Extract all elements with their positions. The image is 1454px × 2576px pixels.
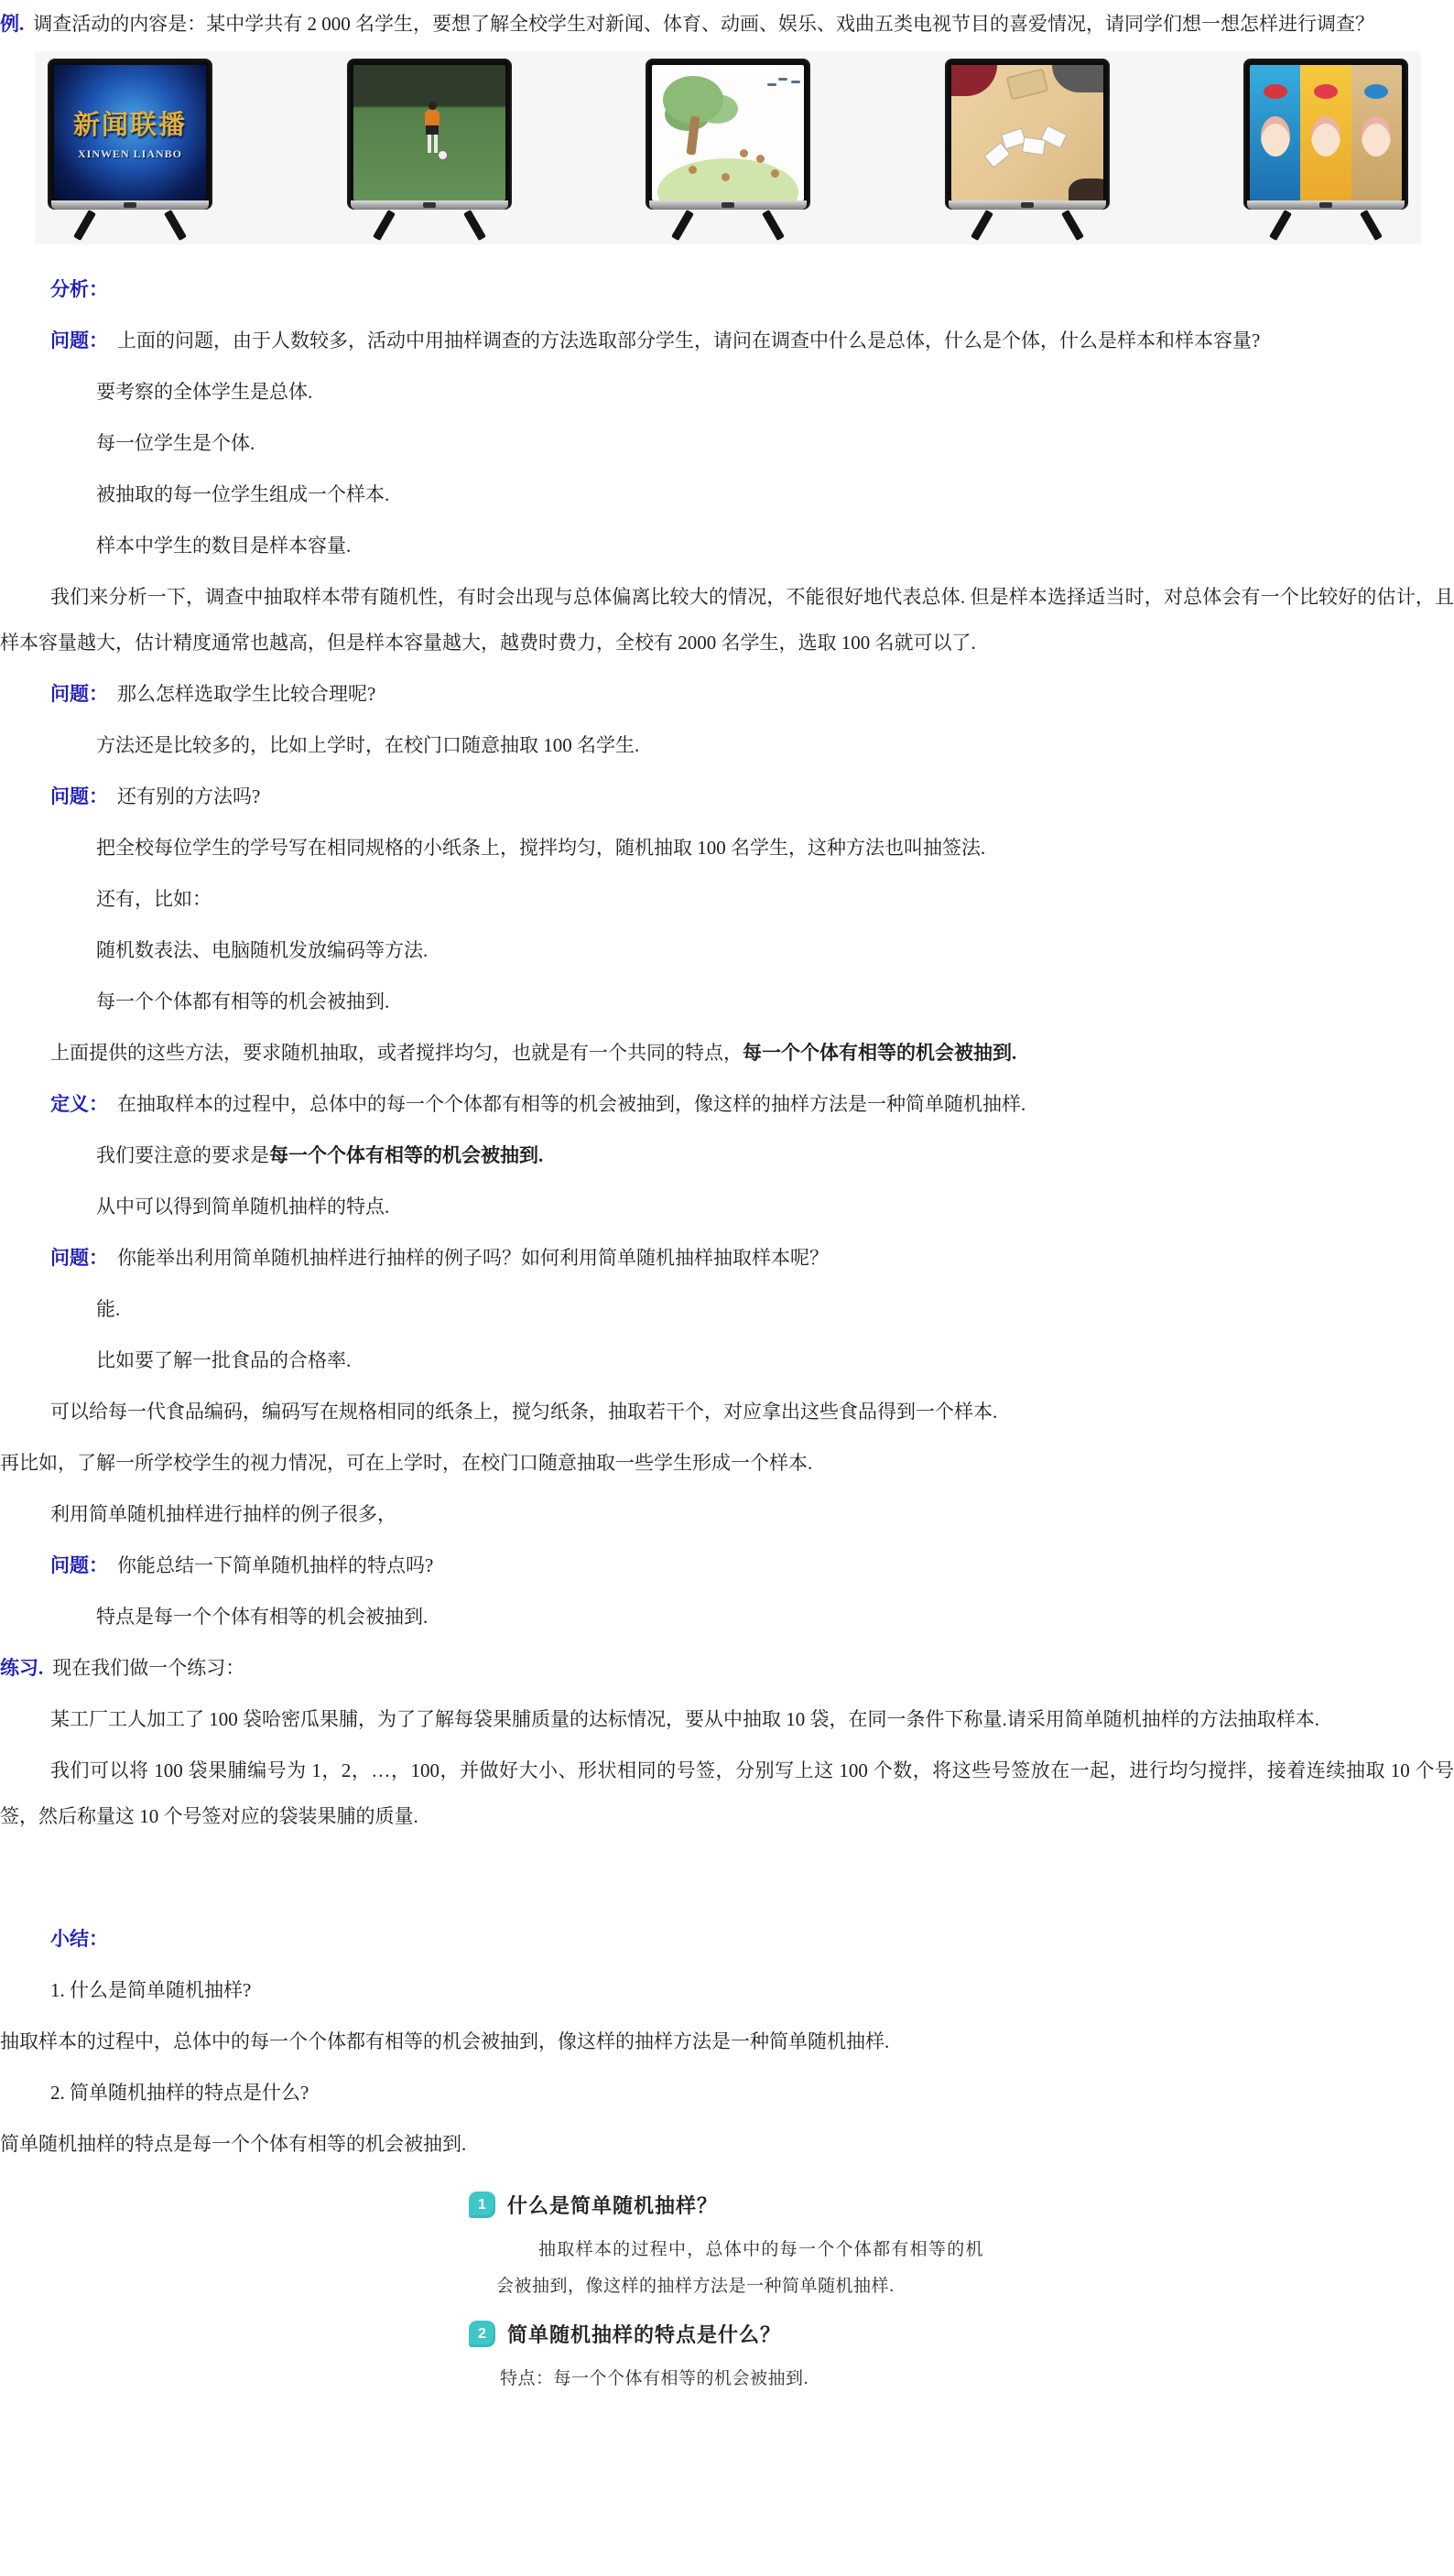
tv-right-leg bbox=[762, 210, 785, 241]
common-feature-paragraph: 上面提供的这些方法，要求随机抽取，或者搅拌均匀，也就是有一个共同的特点，每一个个… bbox=[0, 1030, 1454, 1076]
number-badge-2: 2 bbox=[469, 2321, 495, 2347]
summary-question-2: 2. 简单随机抽样的特点是什么? bbox=[0, 2070, 1454, 2116]
question-1: 问题：上面的问题，由于人数较多，活动中用抽样调查的方法选取部分学生，请问在调查中… bbox=[0, 318, 1454, 363]
opera-figure-yellow bbox=[1300, 65, 1351, 200]
answer-food-example: 比如要了解一批食品的合格率. bbox=[0, 1337, 1454, 1383]
tv-bottom-bar bbox=[51, 200, 209, 210]
tv-sports bbox=[347, 59, 512, 243]
news-title-text: 新闻联播 bbox=[73, 104, 187, 142]
analysis-paragraph: 我们来分析一下，调查中抽取样本带有随机性，有时会出现与总体偏离比较大的情况，不能… bbox=[0, 574, 1454, 666]
tv-frame bbox=[945, 59, 1110, 210]
summary-question-1: 1. 什么是简单随机抽样? bbox=[0, 1967, 1454, 2013]
player-arm-gray bbox=[1052, 65, 1103, 92]
tv-bottom-bar bbox=[649, 200, 807, 210]
tv-news: 新闻联播 XINWEN LIANBO bbox=[48, 59, 212, 243]
example-label: 例. bbox=[0, 13, 24, 35]
tv-right-leg bbox=[164, 210, 187, 241]
tv-bottom-bar bbox=[949, 200, 1106, 210]
news-subtitle-text: XINWEN LIANBO bbox=[78, 147, 182, 161]
note-requirement: 我们要注意的要求是每一个个体有相等的机会被抽到. bbox=[0, 1132, 1454, 1178]
recap-answer-1: 抽取样本的过程中，总体中的每一个个体都有相等的机会被抽到，像这样的抽样方法是一种… bbox=[496, 2232, 983, 2305]
player-hand bbox=[1069, 179, 1103, 200]
tv-left-leg bbox=[1269, 210, 1292, 241]
soccer-ball-icon bbox=[438, 150, 448, 160]
answer-sample-size: 样本中学生的数目是样本容量. bbox=[0, 523, 1454, 568]
practice-problem: 某工厂工人加工了 100 袋哈密瓜果脯，为了了解每袋果脯质量的达标情况，要从中抽… bbox=[0, 1696, 1454, 1742]
lesson-document: 例.调查活动的内容是：某中学共有 2 000 名学生，要想了解全校学生对新闻、体… bbox=[0, 0, 1454, 2440]
answer-yes: 能. bbox=[0, 1286, 1454, 1332]
answer-equal-chance: 每一个个体都有相等的机会被抽到. bbox=[0, 979, 1454, 1024]
vision-example-paragraph: 再比如，了解一所学校学生的视力情况，可在上学时，在校门口随意抽取一些学生形成一个… bbox=[0, 1440, 1454, 1486]
tv-left-leg bbox=[73, 210, 96, 241]
answer-random-number-methods: 随机数表法、电脑随机发放编码等方法. bbox=[0, 927, 1454, 973]
recap-question-2: 简单随机抽样的特点是什么？ bbox=[507, 2320, 781, 2348]
question-4: 问题：你能举出利用简单随机抽样进行抽样的例子吗？如何利用简单随机抽样抽取样本呢？ bbox=[0, 1235, 1454, 1281]
tv-opera bbox=[1243, 59, 1408, 243]
sports-screen-image bbox=[353, 65, 505, 200]
player-arm-red bbox=[951, 65, 997, 96]
tv-frame: 新闻联播 XINWEN LIANBO bbox=[48, 59, 212, 210]
bold-equal-chance: 每一个个体有相等的机会被抽到. bbox=[743, 1042, 1016, 1064]
card-fan bbox=[1005, 68, 1048, 100]
tv-bottom-bar bbox=[351, 200, 508, 210]
question-label: 问题： bbox=[50, 330, 108, 352]
food-coding-paragraph: 可以给每一代食品编码，编码写在规格相同的纸条上，搅匀纸条，抽取若干个，对应拿出这… bbox=[0, 1389, 1454, 1434]
bold-equal-chance: 每一个个体有相等的机会被抽到. bbox=[269, 1144, 543, 1166]
summary-answer-2: 简单随机抽样的特点是每一个个体有相等的机会被抽到. bbox=[0, 2121, 1454, 2167]
summary-answer-1: 抽取样本的过程中，总体中的每一个个体都有相等的机会被抽到，像这样的抽样方法是一种… bbox=[0, 2019, 1454, 2064]
tv-left-leg bbox=[971, 210, 993, 241]
cartoon-monkeys bbox=[740, 149, 748, 157]
tv-frame bbox=[347, 59, 512, 210]
tv-right-leg bbox=[463, 210, 486, 241]
question-5: 问题：你能总结一下简单随机抽样的特点吗? bbox=[0, 1542, 1454, 1588]
answer-lottery-method: 把全校每位学生的学号写在相同规格的小纸条上，搅拌均匀，随机抽取 100 名学生，… bbox=[0, 825, 1454, 871]
answer-more-examples-lead: 还有，比如： bbox=[0, 876, 1454, 922]
question-3: 问题：还有别的方法吗? bbox=[0, 774, 1454, 819]
tv-logo-icon bbox=[1021, 202, 1034, 208]
practice-heading: 练习.现在我们做一个练习： bbox=[0, 1645, 1454, 1691]
tv-animation bbox=[646, 59, 810, 243]
practice-label: 练习. bbox=[0, 1657, 43, 1679]
tv-entertainment bbox=[945, 59, 1110, 243]
tv-bottom-bar bbox=[1247, 200, 1405, 210]
tv-frame bbox=[1243, 59, 1408, 210]
tv-right-leg bbox=[1061, 210, 1084, 241]
card-game-screen-image bbox=[951, 65, 1103, 200]
number-badge-1: 1 bbox=[469, 2192, 495, 2218]
example-paragraph: 例.调查活动的内容是：某中学共有 2 000 名学生，要想了解全校学生对新闻、体… bbox=[0, 5, 1454, 42]
summary-heading: 小结： bbox=[0, 1916, 1454, 1962]
many-examples-paragraph: 利用简单随机抽样进行抽样的例子很多， bbox=[0, 1491, 1454, 1537]
answer-feature: 特点是每一个个体有相等的机会被抽到. bbox=[0, 1594, 1454, 1640]
derive-feature: 从中可以得到简单随机抽样的特点. bbox=[0, 1184, 1454, 1229]
question-label: 问题： bbox=[50, 1247, 108, 1269]
recap-question-1: 什么是简单随机抽样？ bbox=[507, 2191, 718, 2219]
tv-right-leg bbox=[1360, 210, 1383, 241]
soccer-player-legs bbox=[428, 135, 431, 153]
tv-legs bbox=[646, 210, 810, 243]
answer-individual: 每一位学生是个体. bbox=[0, 420, 1454, 466]
opera-figure-elder bbox=[1351, 65, 1402, 200]
opera-figure-blue bbox=[1250, 65, 1300, 200]
definition-paragraph: 定义：在抽取样本的过程中，总体中的每一个个体都有相等的机会被抽到，像这样的抽样方… bbox=[0, 1081, 1454, 1127]
recap-item-1: 1 什么是简单随机抽样？ bbox=[469, 2191, 1454, 2219]
question-label: 问题： bbox=[50, 785, 108, 807]
soccer-player-head bbox=[429, 102, 437, 110]
recap-card: 1 什么是简单随机抽样？ 抽取样本的过程中，总体中的每一个个体都有相等的机会被抽… bbox=[469, 2191, 1454, 2397]
tv-legs bbox=[347, 210, 512, 243]
question-2: 问题：那么怎样选取学生比较合理呢? bbox=[0, 671, 1454, 717]
recap-item-2: 2 简单随机抽样的特点是什么？ bbox=[469, 2320, 1454, 2348]
tv-logo-icon bbox=[722, 202, 734, 208]
answer-gate-sampling: 方法还是比较多的，比如上学时，在校门口随意抽取 100 名学生. bbox=[0, 722, 1454, 768]
tv-strip: 新闻联播 XINWEN LIANBO bbox=[35, 51, 1421, 244]
tv-logo-icon bbox=[1319, 202, 1332, 208]
tv-logo-icon bbox=[124, 202, 136, 208]
question-label: 问题： bbox=[50, 1554, 108, 1576]
soccer-player-shorts bbox=[426, 125, 439, 135]
opera-screen-image bbox=[1250, 65, 1402, 200]
tv-logo-icon bbox=[423, 202, 436, 208]
answer-population: 要考察的全体学生是总体. bbox=[0, 369, 1454, 415]
analysis-heading: 分析： bbox=[0, 266, 1454, 312]
cartoon-birds bbox=[778, 78, 787, 81]
definition-label: 定义： bbox=[50, 1093, 108, 1115]
answer-sample: 被抽取的每一位学生组成一个样本. bbox=[0, 471, 1454, 517]
recap-answer-2: 特点：每一个个体有相等的机会被抽到. bbox=[496, 2361, 983, 2397]
tv-legs bbox=[48, 210, 212, 243]
tv-left-leg bbox=[373, 210, 396, 241]
cartoon-screen-image bbox=[652, 65, 804, 200]
question-label: 问题： bbox=[50, 683, 108, 705]
news-screen-image: 新闻联播 XINWEN LIANBO bbox=[54, 65, 206, 200]
tv-legs bbox=[945, 210, 1110, 243]
tv-legs bbox=[1243, 210, 1408, 243]
practice-solution: 我们可以将 100 袋果脯编号为 1，2，…，100，并做好大小、形状相同的号签… bbox=[0, 1748, 1454, 1839]
cartoon-grass bbox=[657, 158, 798, 200]
soccer-player-shirt bbox=[425, 110, 439, 126]
example-text: 调查活动的内容是：某中学共有 2 000 名学生，要想了解全校学生对新闻、体育、… bbox=[33, 13, 1374, 35]
tv-frame bbox=[646, 59, 810, 210]
tv-left-leg bbox=[671, 210, 694, 241]
